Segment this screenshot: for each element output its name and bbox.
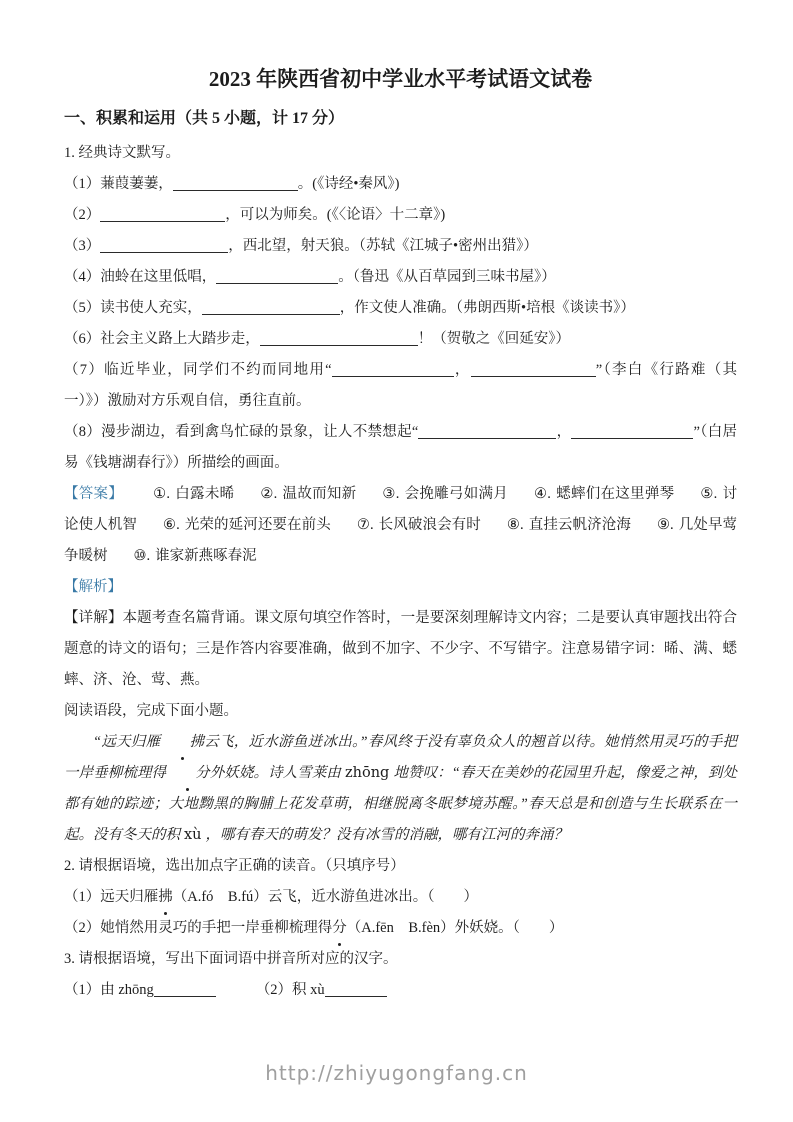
blank-line bbox=[100, 208, 225, 222]
exam-paper-page: 2023 年陕西省初中学业水平考试语文试卷 一、积累和运用（共 5 小题，计 1… bbox=[0, 0, 793, 1122]
answer-item: ⑧.直挂云帆济沧海 bbox=[507, 517, 631, 533]
dotted-char: 分 bbox=[332, 913, 347, 944]
answer-item: ⑥.光荣的延河还要在前头 bbox=[163, 517, 331, 533]
blank-line bbox=[173, 177, 298, 191]
answer-item: ④.蟋蟀们在这里弹琴 bbox=[534, 486, 674, 502]
q2-item-2: （2）她悄然用灵巧的手把一岸垂柳梳理得分（A.fēn B.fèn）外妖娆。（ ） bbox=[64, 913, 737, 944]
blank-line bbox=[260, 332, 418, 346]
q1-item-6: （6）社会主义路上大踏步走，！（贺敬之《回延安》） bbox=[64, 324, 737, 355]
question2-stem: 2. 请根据语境，选出加点字正确的读音。（只填序号） bbox=[64, 851, 737, 882]
dotted-char: 分 bbox=[166, 758, 210, 789]
blank-line bbox=[418, 425, 556, 439]
q1-item-7: （7）临近毕业，同学们不约而同地用“，”（李白《行路难（其一）》）激励对方乐观自… bbox=[64, 355, 737, 417]
blank-line bbox=[332, 363, 454, 377]
question1-stem: 1. 经典诗文默写。 bbox=[64, 138, 737, 169]
answer-label: 【答案】 bbox=[64, 486, 123, 502]
q1-item-2: （2），可以为师矣。(《〈论语〉十二章》) bbox=[64, 200, 737, 231]
blank-line bbox=[325, 983, 387, 997]
q1-item-1: （1）蒹葭萋萋，。(《诗经•秦风》) bbox=[64, 169, 737, 200]
page-title: 2023 年陕西省初中学业水平考试语文试卷 bbox=[64, 66, 737, 92]
blank-line bbox=[202, 301, 340, 315]
blank-line bbox=[100, 239, 228, 253]
q1-item-5: （5）读书使人充实，，作文使人准确。（弗朗西斯•培根《谈读书》） bbox=[64, 293, 737, 324]
question3-stem: 3. 请根据语境，写出下面词语中拼音所对应的汉字。 bbox=[64, 944, 737, 975]
q1-item-4: （4）油蛉在这里低唱，。（鲁迅《从百草园到三味书屋》） bbox=[64, 262, 737, 293]
answer-item: ③.会挽雕弓如满月 bbox=[382, 486, 508, 502]
dotted-char: 拂 bbox=[158, 882, 173, 913]
answer-item: ①.白露未晞 bbox=[153, 486, 234, 502]
blank-line bbox=[471, 363, 596, 377]
watermark-url: http://zhiyugongfang.cn bbox=[0, 1060, 793, 1086]
analysis-label-line: 【解析】 bbox=[64, 572, 737, 603]
q2-item-1: （1）远天归雁拂（A.fó B.fú）云飞，近水游鱼进冰出。（ ） bbox=[64, 882, 737, 913]
document-body: 2023 年陕西省初中学业水平考试语文试卷 一、积累和运用（共 5 小题，计 1… bbox=[0, 0, 793, 1006]
detail-label: 【详解】 bbox=[64, 610, 123, 626]
answer-item: ⑦.长风破浪会有时 bbox=[357, 517, 481, 533]
answer-block: 【答案】①.白露未晞②.温故而知新③.会挽雕弓如满月④.蟋蟀们在这里弹琴⑤.讨论… bbox=[64, 479, 737, 572]
blank-line bbox=[216, 270, 338, 284]
q3-items: （1）由 zhōng（2）积 xù bbox=[64, 975, 737, 1006]
answer-item: ②.温故而知新 bbox=[260, 486, 356, 502]
q1-item-8: （8）漫步湖边，看到禽鸟忙碌的景象，让人不禁想起“，”（白居易《钱塘湖春行》）所… bbox=[64, 417, 737, 479]
blank-line bbox=[154, 983, 216, 997]
answer-item: ⑩.谁家新燕啄春泥 bbox=[134, 548, 257, 564]
blank-line bbox=[571, 425, 693, 439]
analysis-label: 【解析】 bbox=[64, 579, 122, 595]
q1-item-3: （3），西北望，射天狼。（苏轼《江城子•密州出猎》） bbox=[64, 231, 737, 262]
section-heading: 一、积累和运用（共 5 小题，计 17 分） bbox=[64, 106, 737, 132]
reading-passage: “远天归雁拂云飞，近水游鱼迸冰出。”春风终于没有辜负众人的翘首以待。她悄然用灵巧… bbox=[64, 727, 737, 851]
reading-intro: 阅读语段，完成下面小题。 bbox=[64, 696, 737, 727]
detail-block: 【详解】本题考查名篇背诵。课文原句填空作答时，一是要深刻理解诗文内容；二是要认真… bbox=[64, 603, 737, 696]
pinyin: zhōng bbox=[345, 765, 389, 781]
dotted-char: 拂 bbox=[160, 727, 204, 758]
pinyin: xù bbox=[184, 827, 202, 843]
